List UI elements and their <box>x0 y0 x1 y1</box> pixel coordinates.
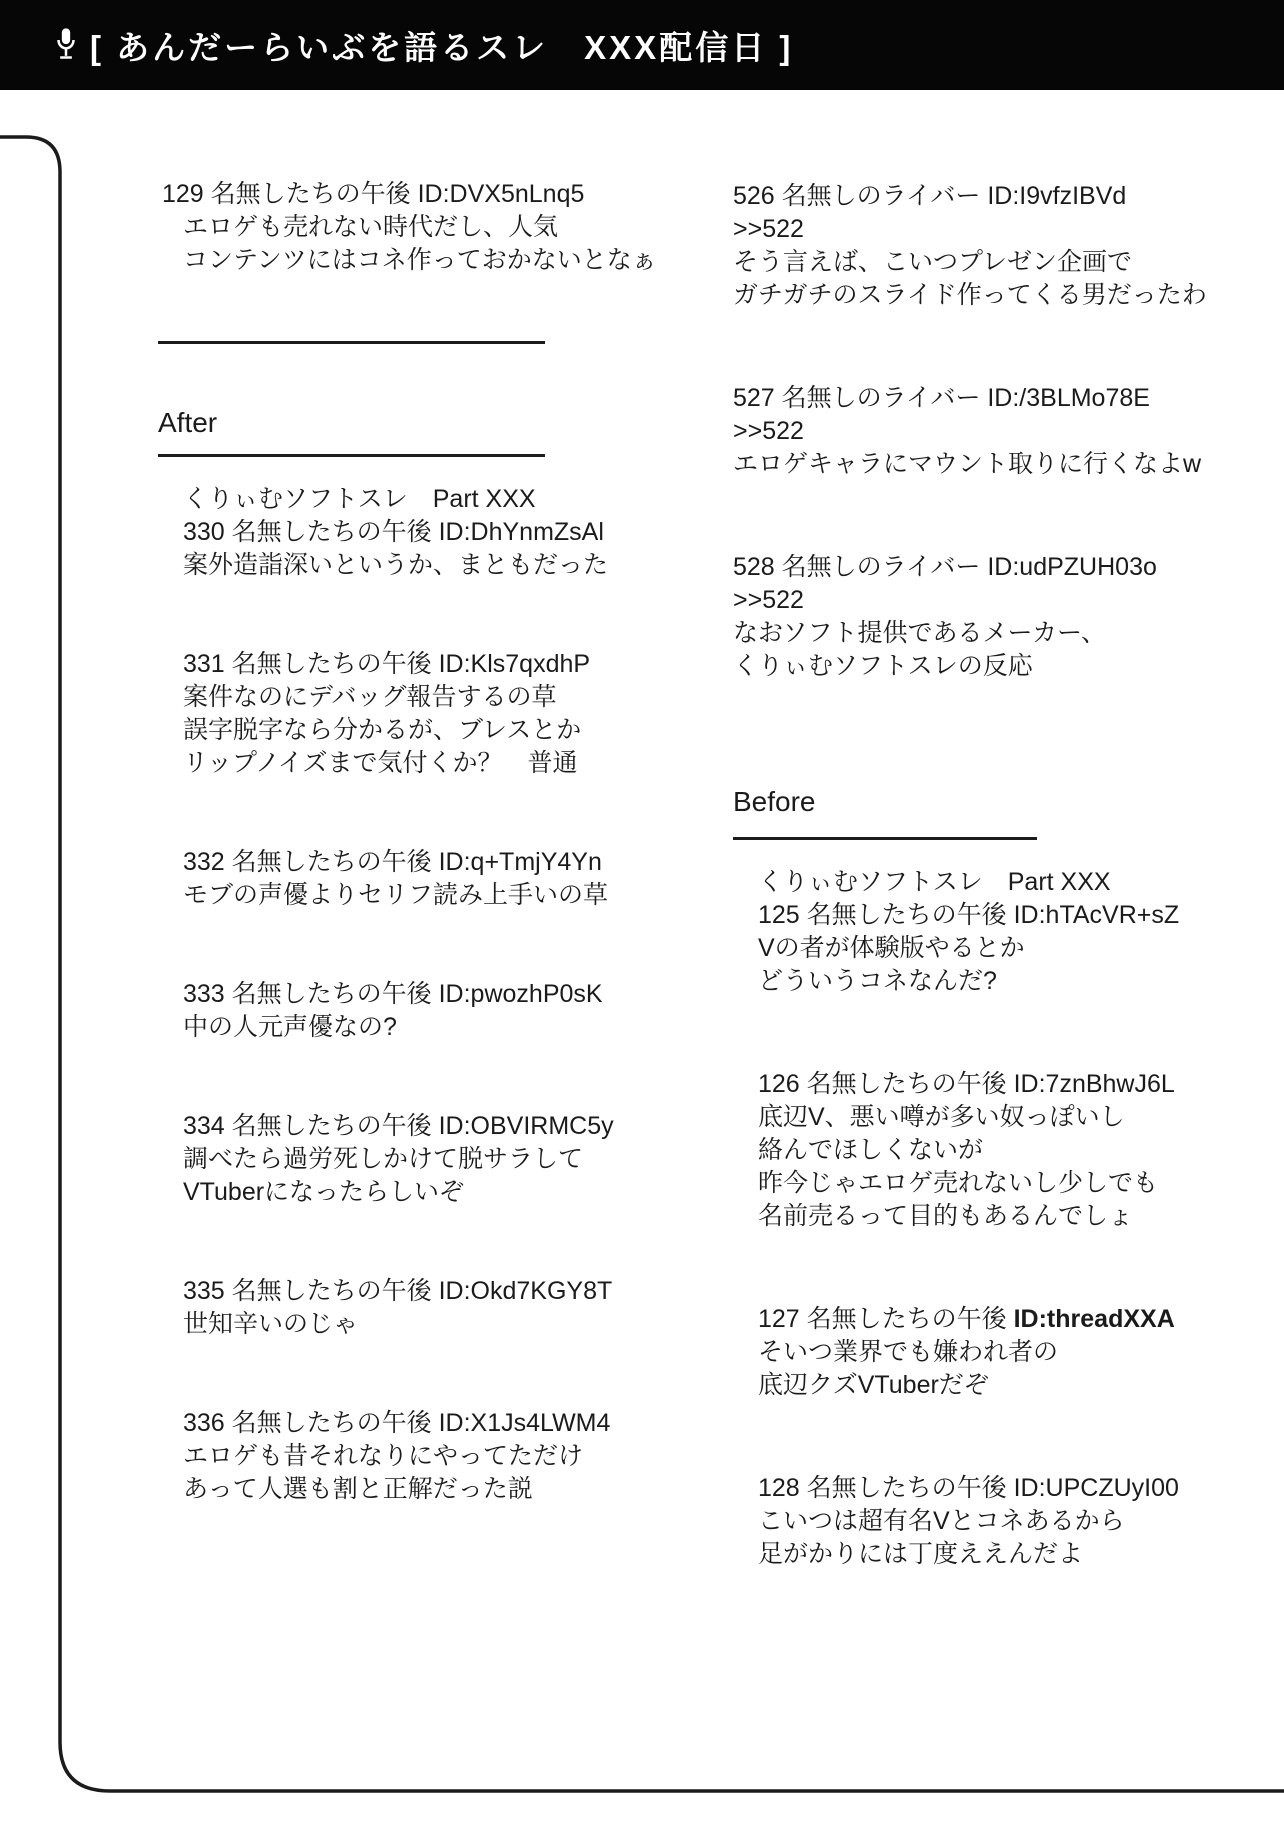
section-label-before: Before <box>733 785 1213 819</box>
post-header: 332 名無したちの午後 ID:q+TmjY4Yn <box>183 846 628 879</box>
post: 334 名無したちの午後 ID:OBVIRMC5y調べたら過労死しかけて脱サラし… <box>183 1110 628 1209</box>
post-line: 案外造詣深いというか、まともだった <box>183 549 628 582</box>
post-header: 125 名無したちの午後 ID:hTAcVR+sZ <box>758 899 1213 932</box>
left-column: 129 名無したちの午後 ID:DVX5nLnq5エロゲも売れない時代だし、人気… <box>158 178 628 1506</box>
post-header: 127 名無したちの午後 ID:threadXXA <box>758 1303 1213 1336</box>
post-header: 333 名無したちの午後 ID:pwozhP0sK <box>183 978 628 1011</box>
post-line: 中の人元声優なの? <box>183 1011 628 1044</box>
post-line: 世知辛いのじゃ <box>183 1308 628 1341</box>
post-line: どういうコネなんだ? <box>758 965 1213 998</box>
post-line: ガチガチのスライド作ってくる男だったわ <box>733 279 1213 312</box>
post-header: 129 名無したちの午後 ID:DVX5nLnq5 <box>162 178 628 211</box>
post-line: なおソフト提供であるメーカー、 <box>733 617 1213 650</box>
post-header: 526 名無しのライバー ID:I9vfzIBVd <box>733 180 1213 213</box>
post-line: そう言えば、こいつプレゼン企画で <box>733 246 1213 279</box>
section-label-after: After <box>158 406 628 440</box>
post-line: コンテンツにはコネ作っておかないとなぁ <box>183 244 628 277</box>
post: 335 名無したちの午後 ID:Okd7KGY8T世知辛いのじゃ <box>183 1275 628 1341</box>
post-line: >>522 <box>733 415 1213 448</box>
post: 331 名無したちの午後 ID:Kls7qxdhP案件なのにデバッグ報告するの草… <box>183 648 628 780</box>
post-line: >>522 <box>733 213 1213 246</box>
post-line: 足がかりには丁度ええんだよ <box>758 1538 1213 1571</box>
post-line: モブの声優よりセリフ読み上手いの草 <box>183 879 628 912</box>
post: 526 名無しのライバー ID:I9vfzIBVd>>522そう言えば、こいつプ… <box>733 180 1213 312</box>
post: 527 名無しのライバー ID:/3BLMo78E>>522エロゲキャラにマウン… <box>733 382 1213 481</box>
post-header: 335 名無したちの午後 ID:Okd7KGY8T <box>183 1275 628 1308</box>
post-line: 底辺クズVTuberだぞ <box>758 1369 1213 1402</box>
right-top-posts: 526 名無しのライバー ID:I9vfzIBVd>>522そう言えば、こいつプ… <box>733 180 1213 683</box>
post-header: 336 名無したちの午後 ID:X1Js4LWM4 <box>183 1407 628 1440</box>
divider-line <box>158 454 545 457</box>
excerpt-thread-title: くりぃむソフトスレ Part XXX <box>758 866 1213 899</box>
left-excerpt-posts: 330 名無したちの午後 ID:DhYnmZsAl案外造詣深いというか、まともだ… <box>183 516 628 1506</box>
page-title: [ あんだーらいぶを語るスレ XXX配信日 ] <box>90 22 793 69</box>
post-header: 330 名無したちの午後 ID:DhYnmZsAl <box>183 516 628 549</box>
post-line: くりぃむソフトスレの反応 <box>733 650 1213 683</box>
post: 332 名無したちの午後 ID:q+TmjY4Ynモブの声優よりセリフ読み上手い… <box>183 846 628 912</box>
post-header: 331 名無したちの午後 ID:Kls7qxdhP <box>183 648 628 681</box>
microphone-icon <box>56 26 76 64</box>
excerpt-thread-title: くりぃむソフトスレ Part XXX <box>183 483 628 516</box>
post: 129 名無したちの午後 ID:DVX5nLnq5エロゲも売れない時代だし、人気… <box>158 178 628 277</box>
post: 528 名無しのライバー ID:udPZUH03o>>522なおソフト提供である… <box>733 551 1213 683</box>
post: 128 名無したちの午後 ID:UPCZUyI00こいつは超有名Vとコネあるから… <box>758 1472 1213 1571</box>
right-excerpt-posts: 125 名無したちの午後 ID:hTAcVR+sZVの者が体験版やるとかどういう… <box>758 899 1213 1571</box>
post-line: 底辺V、悪い噂が多い奴っぽいし <box>758 1101 1213 1134</box>
divider-line <box>733 837 1037 840</box>
post-line: 名前売るって目的もあるんでしょ <box>758 1200 1213 1233</box>
post-header: 527 名無しのライバー ID:/3BLMo78E <box>733 382 1213 415</box>
post: 336 名無したちの午後 ID:X1Js4LWM4エロゲも昔それなりにやってただ… <box>183 1407 628 1506</box>
post-line: エロゲも昔それなりにやってただけ <box>183 1440 628 1473</box>
post-line: エロゲキャラにマウント取りに行くなよw <box>733 448 1213 481</box>
post-line: 調べたら過労死しかけて脱サラして <box>183 1143 628 1176</box>
post-line: >>522 <box>733 584 1213 617</box>
post-line: 案件なのにデバッグ報告するの草 <box>183 681 628 714</box>
post-line: リップノイズまで気付くか？ 普通 <box>183 747 628 780</box>
post-line: 昨今じゃエロゲ売れないし少しでも <box>758 1167 1213 1200</box>
post-line: そいつ業界でも嫌われ者の <box>758 1336 1213 1369</box>
divider-line <box>158 341 545 344</box>
post: 125 名無したちの午後 ID:hTAcVR+sZVの者が体験版やるとかどういう… <box>758 899 1213 998</box>
post-header: 334 名無したちの午後 ID:OBVIRMC5y <box>183 1110 628 1143</box>
left-top-posts: 129 名無したちの午後 ID:DVX5nLnq5エロゲも売れない時代だし、人気… <box>158 178 628 277</box>
right-column: 526 名無しのライバー ID:I9vfzIBVd>>522そう言えば、こいつプ… <box>733 180 1213 1571</box>
post-line: あって人選も割と正解だった説 <box>183 1473 628 1506</box>
post-id-bold: ID:threadXXA <box>1014 1305 1175 1333</box>
page: [ あんだーらいぶを語るスレ XXX配信日 ] 129 名無したちの午後 ID:… <box>0 0 1284 1826</box>
post: 126 名無したちの午後 ID:7znBhwJ6L底辺V、悪い噂が多い奴っぽいし… <box>758 1068 1213 1233</box>
post-header: 128 名無したちの午後 ID:UPCZUyI00 <box>758 1472 1213 1505</box>
header-bar: [ あんだーらいぶを語るスレ XXX配信日 ] <box>0 0 1284 90</box>
left-excerpt-block: くりぃむソフトスレ Part XXX 330 名無したちの午後 ID:DhYnm… <box>183 483 628 1506</box>
post-line: Vの者が体験版やるとか <box>758 932 1213 965</box>
post: 333 名無したちの午後 ID:pwozhP0sK中の人元声優なの? <box>183 978 628 1044</box>
post: 330 名無したちの午後 ID:DhYnmZsAl案外造詣深いというか、まともだ… <box>183 516 628 582</box>
right-excerpt-block: くりぃむソフトスレ Part XXX 125 名無したちの午後 ID:hTAcV… <box>758 866 1213 1571</box>
post-line: エロゲも売れない時代だし、人気 <box>183 211 628 244</box>
post-line: 誤字脱字なら分かるが、ブレスとか <box>183 714 628 747</box>
post-line: VTuberになったらしいぞ <box>183 1176 628 1209</box>
post-header: 528 名無しのライバー ID:udPZUH03o <box>733 551 1213 584</box>
post-line: 絡んでほしくないが <box>758 1134 1213 1167</box>
post-line: こいつは超有名Vとコネあるから <box>758 1505 1213 1538</box>
post: 127 名無したちの午後 ID:threadXXAそいつ業界でも嫌われ者の底辺ク… <box>758 1303 1213 1402</box>
post-header: 126 名無したちの午後 ID:7znBhwJ6L <box>758 1068 1213 1101</box>
